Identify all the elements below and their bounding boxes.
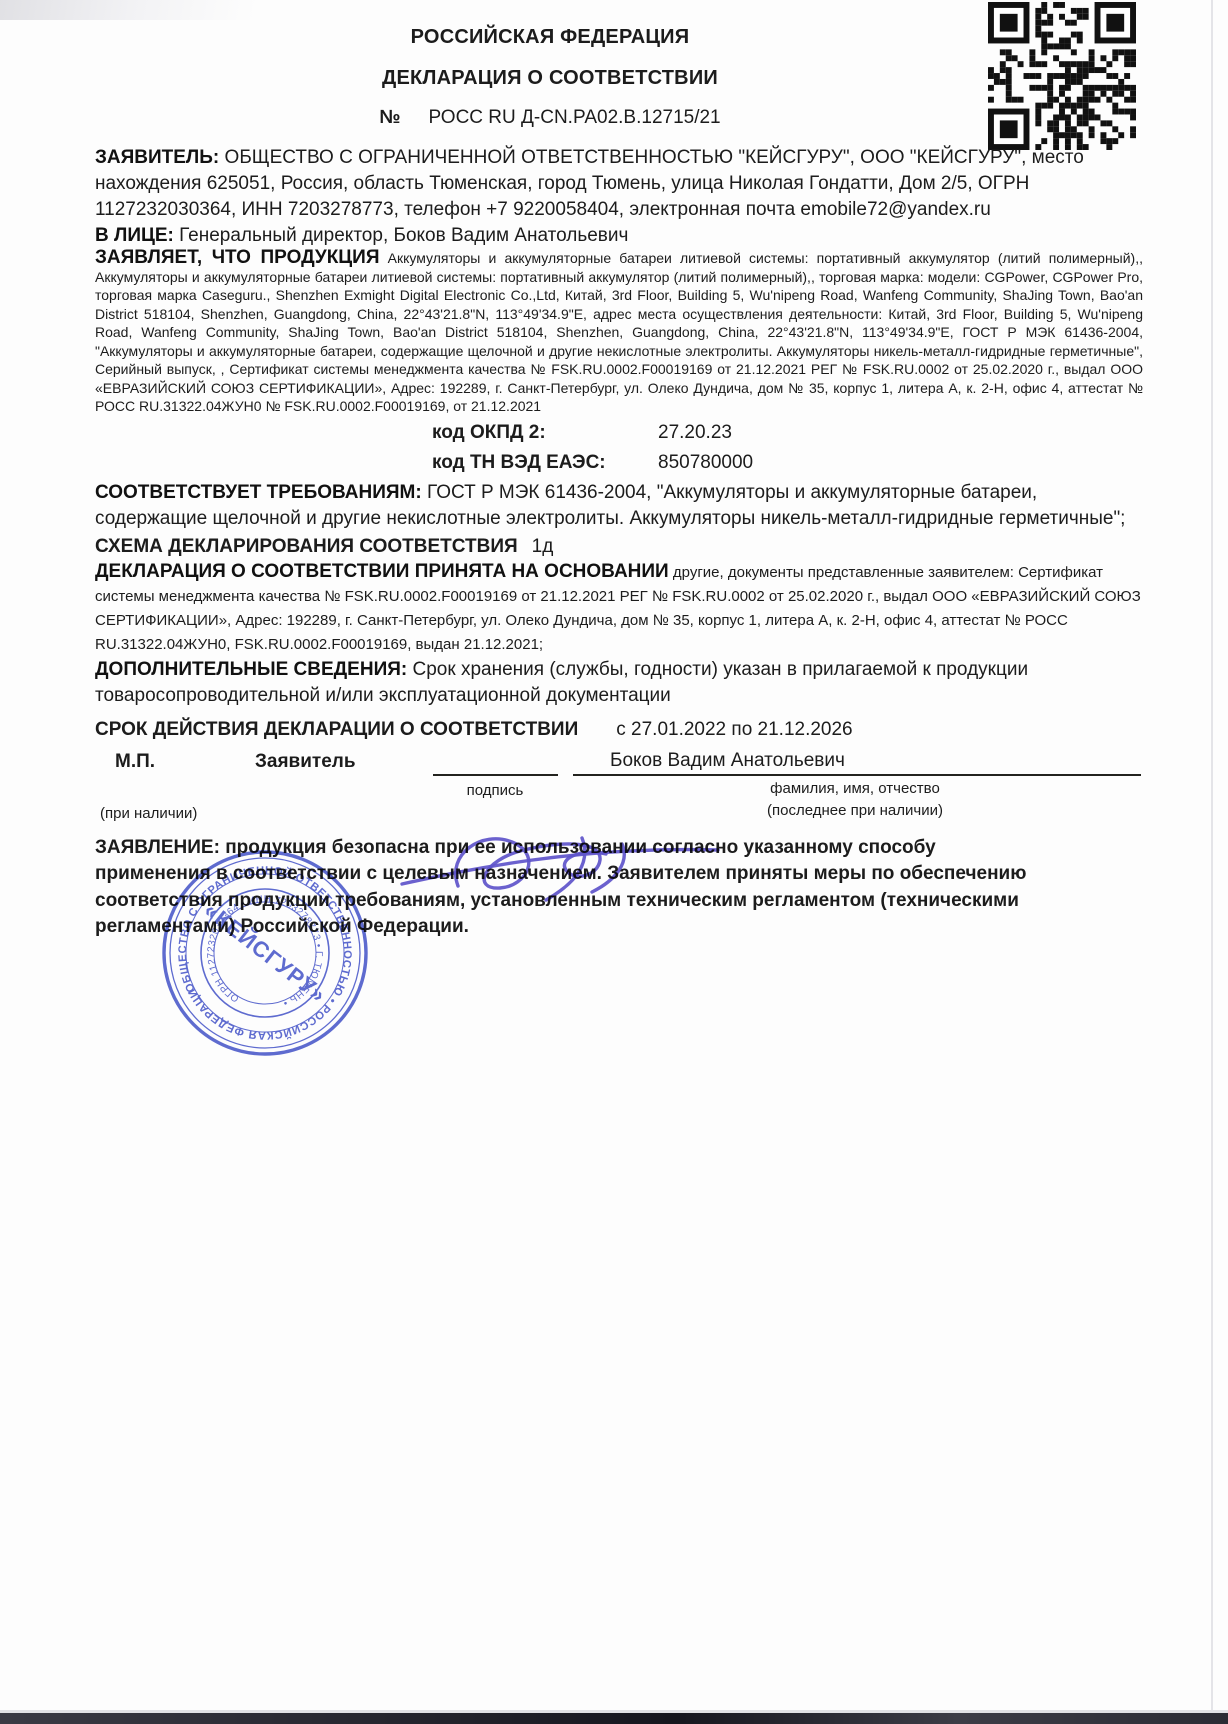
product-label: ЗАЯВЛЯЕТ, ЧТО ПРОДУКЦИЯ <box>95 247 379 268</box>
declaration-document: РОССИЙСКАЯ ФЕДЕРАЦИЯ ДЕКЛАРАЦИЯ О СООТВЕ… <box>0 0 1228 1724</box>
okpd-value: 27.20.23 <box>658 422 732 443</box>
scheme-row: СХЕМА ДЕКЛАРИРОВАНИЯ СООТВЕТСТВИЯ1д <box>95 534 1143 560</box>
person-paragraph: В ЛИЦЕ: Генеральный директор, Боков Вади… <box>95 223 1143 249</box>
scheme-value: 1д <box>532 536 554 557</box>
product-text: Аккумуляторы и аккумуляторные батареи ли… <box>95 250 1143 414</box>
basis-label: ДЕКЛАРАЦИЯ О СООТВЕТСТВИИ ПРИНЯТА НА ОСН… <box>95 561 669 582</box>
declaration-number: РОСС RU Д-CN.РА02.В.12715/21 <box>429 107 721 128</box>
scan-edge-bottom <box>0 1713 1228 1724</box>
applicant-paragraph: ЗАЯВИТЕЛЬ: ОБЩЕСТВО С ОГРАНИЧЕННОЙ ОТВЕТ… <box>95 145 1143 223</box>
additional-paragraph: ДОПОЛНИТЕЛЬНЫЕ СВЕДЕНИЯ: Срок хранения (… <box>95 657 1143 709</box>
company-stamp-seal: ОБЩЕСТВО С ОГРАНИЧЕННОЙ ОТВЕТСТВЕННОСТЬЮ… <box>158 846 372 1060</box>
declaration-number-line: №РОСС RU Д-CN.РА02.В.12715/21 <box>0 107 1100 129</box>
validity-label: СРОК ДЕЙСТВИЯ ДЕКЛАРАЦИИ О СООТВЕТСТВИИ <box>95 719 578 740</box>
signatory-name: Боков Вадим Анатольевич <box>610 748 845 774</box>
scan-edge-right <box>1211 0 1213 1710</box>
additional-label: ДОПОЛНИТЕЛЬНЫЕ СВЕДЕНИЯ: <box>95 659 407 680</box>
tnved-label: код ТН ВЭД ЕАЭС: <box>432 450 658 476</box>
validity-row: СРОК ДЕЙСТВИЯ ДЕКЛАРАЦИИ О СООТВЕТСТВИИс… <box>95 717 1143 743</box>
product-paragraph: ЗАЯВЛЯЕТ, ЧТО ПРОДУКЦИЯ Аккумуляторы и а… <box>95 249 1143 416</box>
person-label: В ЛИЦЕ: <box>95 225 174 246</box>
number-sign: № <box>379 107 400 128</box>
handwritten-signature <box>396 820 728 910</box>
okpd-row: код ОКПД 2:27.20.23 <box>95 420 1143 450</box>
signature-line <box>433 747 558 776</box>
compliance-paragraph: СООТВЕТСТВУЕТ ТРЕБОВАНИЯМ: ГОСТ Р МЭК 61… <box>95 480 1143 532</box>
okpd-label: код ОКПД 2: <box>432 420 658 446</box>
applicant-label: ЗАЯВИТЕЛЬ: <box>95 147 219 168</box>
codes-section: код ОКПД 2:27.20.23 код ТН ВЭД ЕАЭС:8507… <box>95 420 1143 480</box>
country-title: РОССИЙСКАЯ ФЕДЕРАЦИЯ <box>0 26 1100 49</box>
basis-paragraph: ДЕКЛАРАЦИЯ О СООТВЕТСТВИИ ПРИНЯТА НА ОСН… <box>95 560 1143 657</box>
stamp-place-note: (при наличии) <box>100 805 197 823</box>
tnved-row: код ТН ВЭД ЕАЭС:850780000 <box>95 450 1143 480</box>
name-caption-line1: фамилия, имя, отчество <box>615 778 1095 800</box>
tnved-value: 850780000 <box>658 452 753 473</box>
document-header: РОССИЙСКАЯ ФЕДЕРАЦИЯ ДЕКЛАРАЦИЯ О СООТВЕ… <box>0 26 1100 129</box>
validity-value: с 27.01.2022 по 21.12.2026 <box>616 719 852 740</box>
compliance-label: СООТВЕТСТВУЕТ ТРЕБОВАНИЯМ: <box>95 482 422 503</box>
scheme-label: СХЕМА ДЕКЛАРИРОВАНИЯ СООТВЕТСТВИЯ <box>95 536 518 557</box>
person-text: Генеральный директор, Боков Вадим Анатол… <box>179 225 628 246</box>
signature-caption: подпись <box>425 778 565 804</box>
name-caption: фамилия, имя, отчество (последнее при на… <box>615 778 1095 822</box>
stamp-place-label: М.П. <box>115 749 155 775</box>
stamp-center-text: «КЕЙСГУРУ» <box>199 897 331 1008</box>
applicant-text: ОБЩЕСТВО С ОГРАНИЧЕННОЙ ОТВЕТСТВЕННОСТЬЮ… <box>95 147 1084 220</box>
name-caption-line2: (последнее при наличии) <box>615 800 1095 822</box>
applicant-word: Заявитель <box>255 749 356 775</box>
scan-smudge <box>0 0 300 20</box>
document-title: ДЕКЛАРАЦИЯ О СООТВЕТСТВИИ <box>0 67 1100 90</box>
